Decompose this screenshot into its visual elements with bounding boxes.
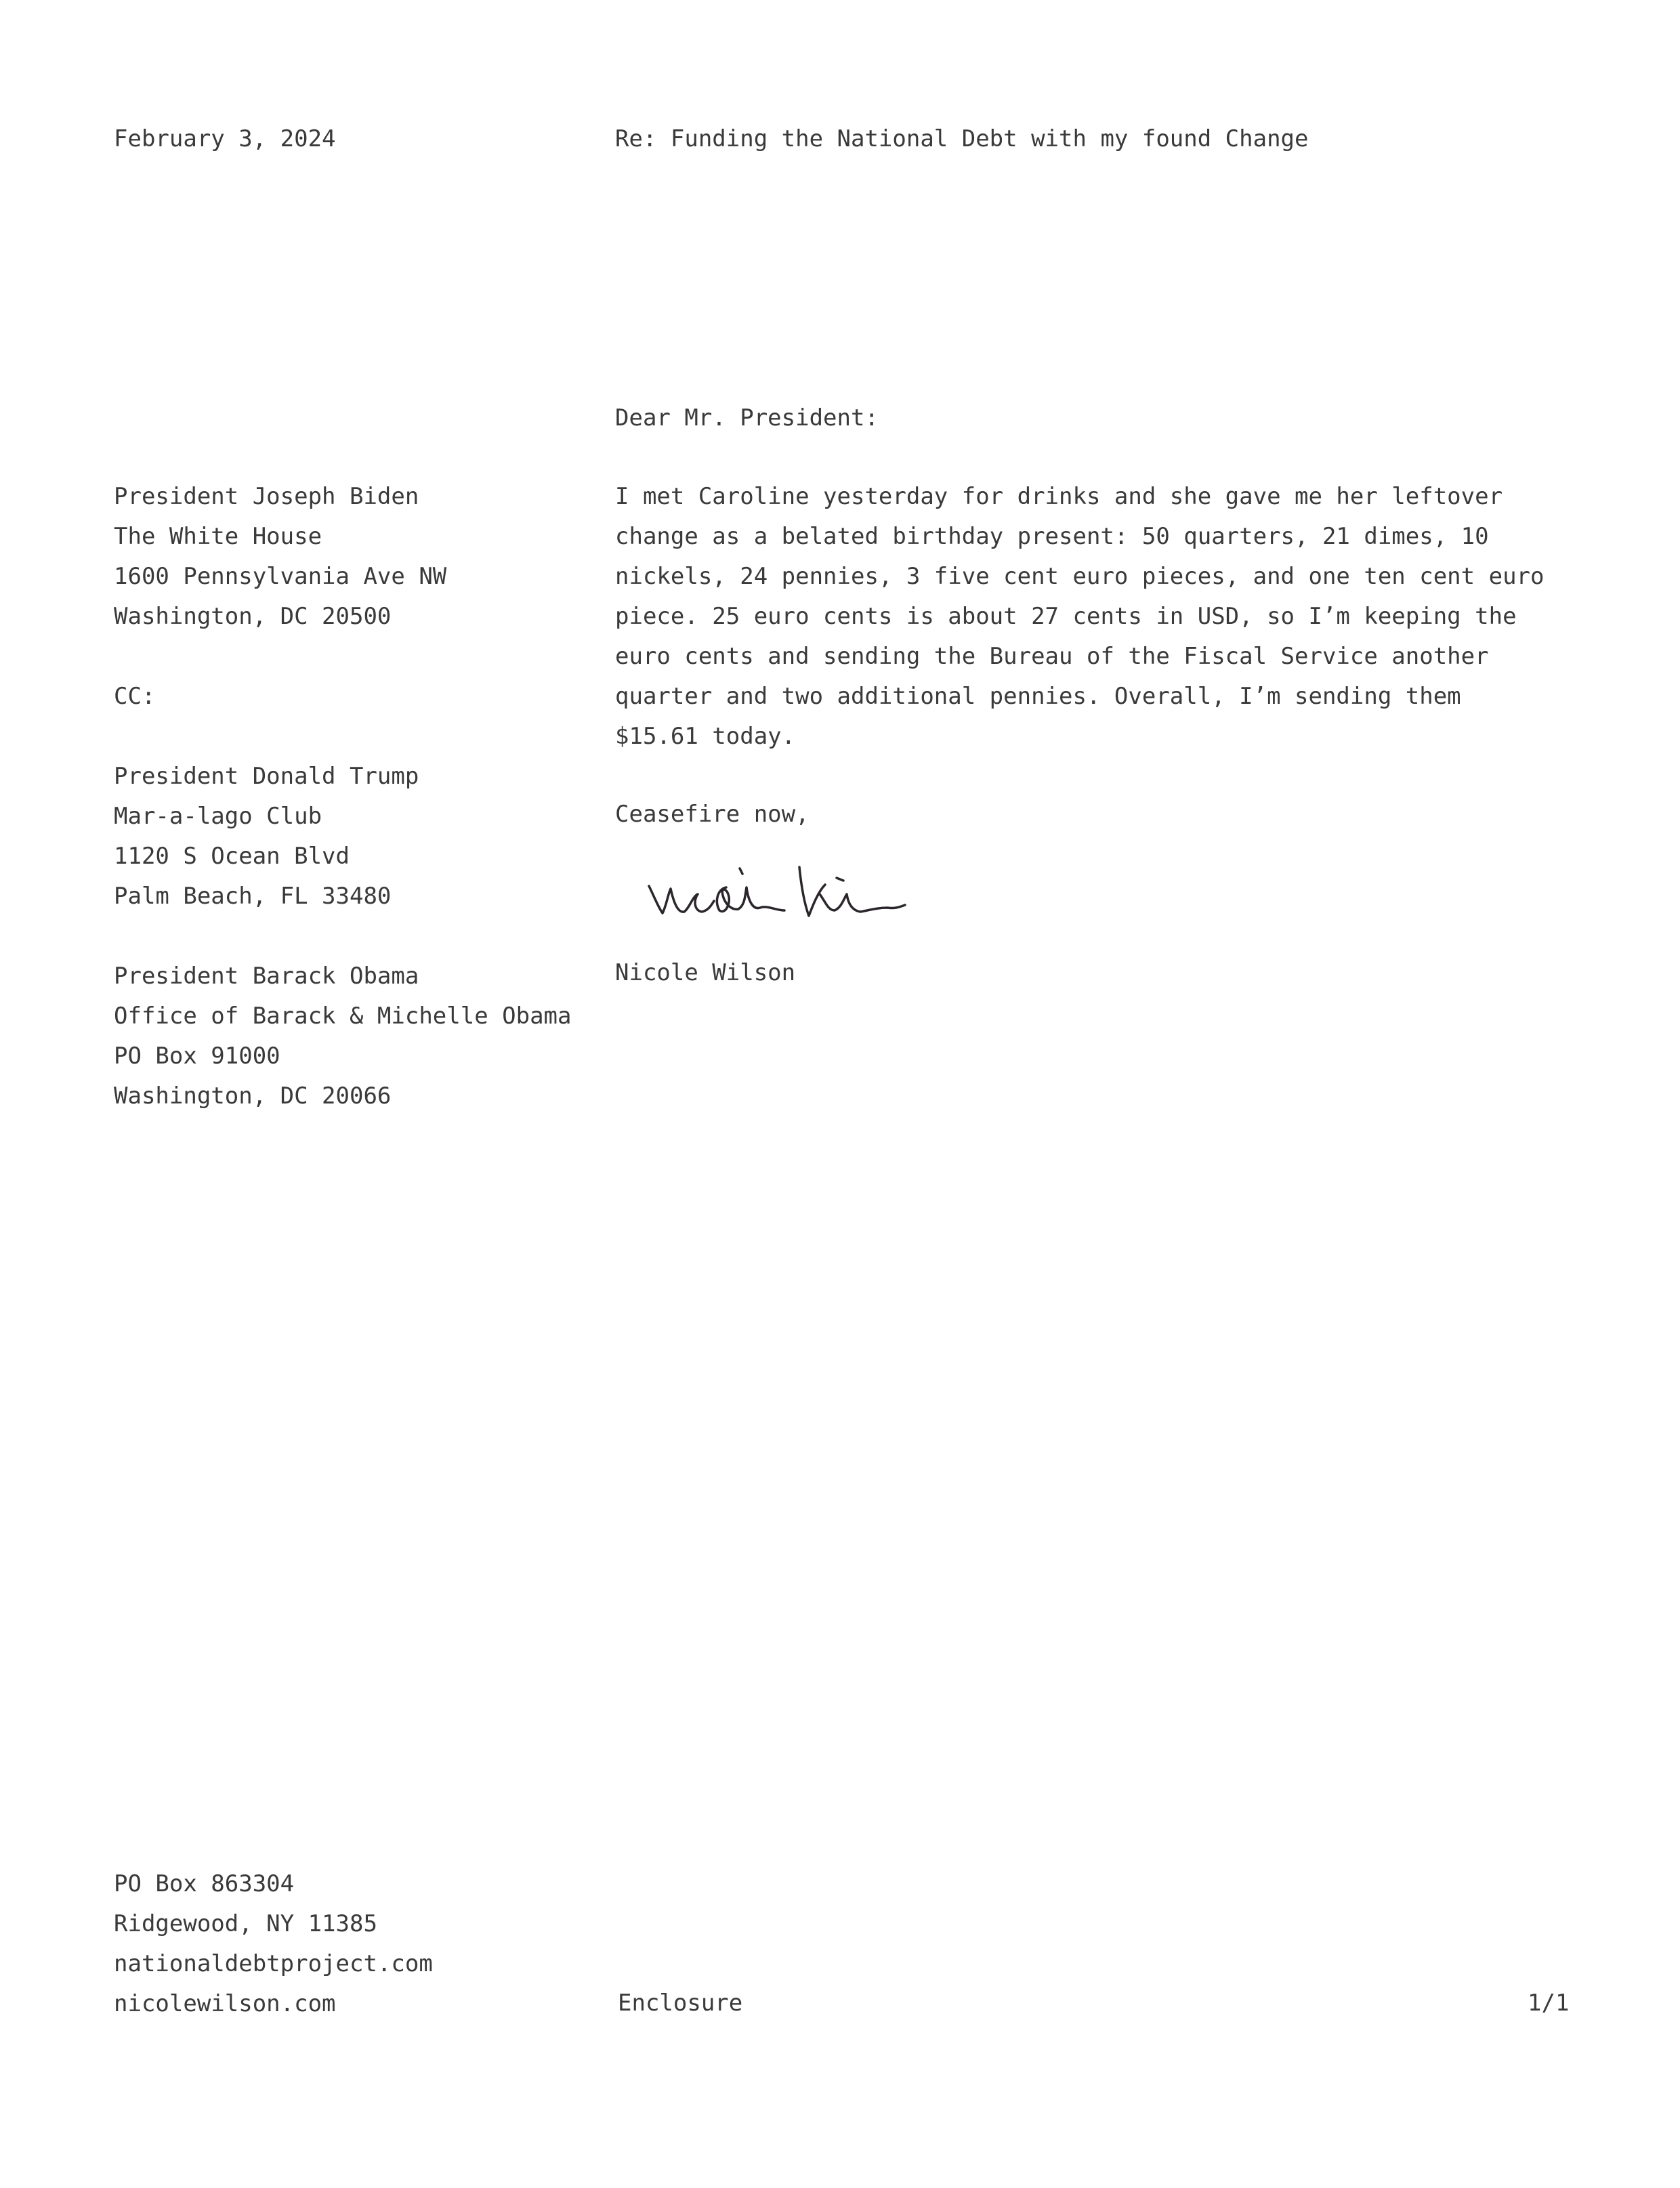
address-line: President Donald Trump: [114, 757, 572, 797]
sender-line: Ridgewood, NY 11385: [114, 1904, 433, 1944]
address-line: President Joseph Biden: [114, 477, 572, 517]
page-number: 1/1: [1528, 1983, 1569, 2023]
cc-label: CC:: [114, 677, 572, 717]
body-line: euro cents and sending the Bureau of the…: [615, 637, 1577, 677]
signer-name: Nicole Wilson: [615, 953, 795, 993]
body-line: I met Caroline yesterday for drinks and …: [615, 477, 1577, 517]
letter-subject: Re: Funding the National Debt with my fo…: [615, 119, 1309, 159]
address-line: PO Box 91000: [114, 1036, 572, 1076]
primary-recipient-address: President Joseph Biden The White House 1…: [114, 477, 572, 637]
cc-recipient-address: President Donald Trump Mar-a-lago Club 1…: [114, 757, 572, 917]
salutation: Dear Mr. President:: [615, 398, 879, 438]
address-line: Office of Barack & Michelle Obama: [114, 996, 572, 1036]
address-line: Mar-a-lago Club: [114, 797, 572, 837]
address-line: Washington, DC 20500: [114, 597, 572, 637]
enclosure-note: Enclosure: [618, 1983, 742, 2023]
sender-line: PO Box 863304: [114, 1864, 433, 1904]
body-line: $15.61 today.: [615, 717, 1577, 757]
body-line: piece. 25 euro cents is about 27 cents i…: [615, 597, 1577, 637]
body-line: quarter and two additional pennies. Over…: [615, 677, 1577, 717]
closing: Ceasefire now,: [615, 795, 810, 835]
address-line: President Barack Obama: [114, 956, 572, 996]
address-line: The White House: [114, 517, 572, 557]
handwritten-signature-icon: [644, 840, 996, 935]
address-line: Palm Beach, FL 33480: [114, 877, 572, 917]
address-line: 1600 Pennsylvania Ave NW: [114, 557, 572, 597]
address-line: Washington, DC 20066: [114, 1076, 572, 1116]
letter-date: February 3, 2024: [114, 119, 336, 159]
letter-body: I met Caroline yesterday for drinks and …: [615, 477, 1577, 757]
body-line: nickels, 24 pennies, 3 five cent euro pi…: [615, 557, 1577, 597]
address-line: 1120 S Ocean Blvd: [114, 837, 572, 877]
recipient-block: President Joseph Biden The White House 1…: [114, 477, 572, 1116]
body-line: change as a belated birthday present: 50…: [615, 517, 1577, 557]
sender-website-link: nationaldebtproject.com: [114, 1944, 433, 1984]
sender-website-link: nicolewilson.com: [114, 1984, 433, 2024]
sender-address: PO Box 863304 Ridgewood, NY 11385 nation…: [114, 1864, 433, 2024]
cc-recipient-address: President Barack Obama Office of Barack …: [114, 956, 572, 1116]
